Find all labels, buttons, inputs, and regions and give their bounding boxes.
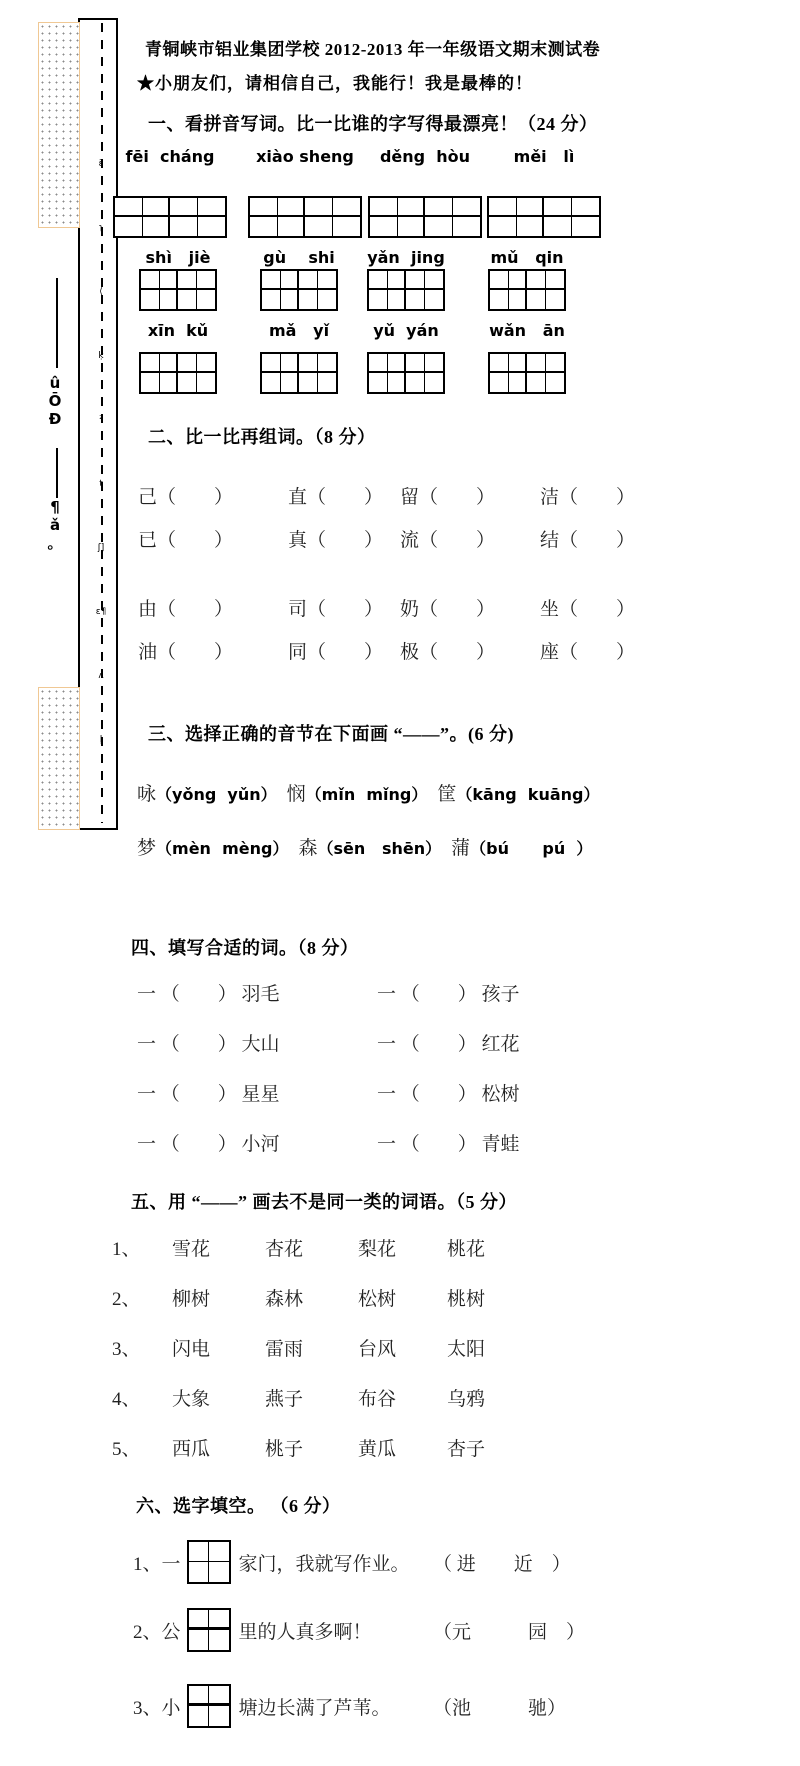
margin-glyphs-bottom: ¶ ǎ 。: [36, 498, 74, 552]
sentence-start: 公: [162, 1617, 181, 1644]
grid-cell: [490, 354, 509, 373]
grid-cell: [369, 271, 388, 290]
word: 桃子: [265, 1438, 358, 1462]
word-blank: 油（ ）: [138, 641, 288, 665]
grid-cell: [299, 373, 318, 392]
grid-cell: [178, 290, 197, 309]
word-blank: 结（ ）: [540, 529, 800, 553]
writing-grid: [488, 352, 566, 394]
sentence-end: 家门，我就写作业。: [239, 1549, 410, 1576]
grid-cell: [425, 217, 453, 236]
row-number: 2、: [112, 1288, 172, 1312]
grid-cell: [544, 198, 572, 217]
grid-cell: [489, 217, 517, 236]
writing-grid: [260, 352, 338, 394]
grid-cell: [198, 217, 226, 236]
pinyin-group: mǔ qin: [488, 247, 566, 269]
grid-cell: [370, 217, 398, 236]
seal-line-marks: ɛ̃ ʅ ⟨ ḳ ² ṭ ʃ] ɛ¶ ʌ ḷ: [92, 132, 110, 772]
grid-cell: [143, 198, 171, 217]
grid-cell: [189, 1630, 209, 1650]
binding-strip-bottom: [38, 687, 80, 830]
choice-options: （元 园 ）: [433, 1617, 585, 1644]
row-number: 3、: [112, 1338, 172, 1362]
writing-grid-row-3: [113, 352, 605, 394]
grid-cell: [546, 373, 565, 392]
measure-word-blank: 一 （ ） 红花: [377, 1032, 800, 1058]
grid-cell: [278, 217, 306, 236]
grid-cell: [209, 1542, 229, 1562]
pinyin-group: gù shi: [260, 247, 338, 269]
word-blank: 流（ ）: [400, 529, 540, 553]
measure-word-blank: 一 （ ） 松树: [377, 1082, 800, 1108]
grid-cell: [318, 290, 337, 309]
grid-cell: [527, 271, 546, 290]
grid-cell: [262, 373, 281, 392]
margin-rule-top: [56, 278, 58, 368]
measure-word-row: 一 （ ） 星星 一 （ ） 松树: [137, 1082, 800, 1108]
section-5-heading: 五、用 “——” 画去不是同一类的词语。（5 分）: [131, 1190, 800, 1214]
word-blank: 洁（ ）: [540, 486, 800, 510]
grid-cell: [141, 373, 160, 392]
grid-cell: [305, 198, 333, 217]
grid-cell: [318, 354, 337, 373]
character-box: [187, 1540, 231, 1584]
grid-cell: [333, 217, 361, 236]
grid-cell: [250, 217, 278, 236]
fill-character-item: 1、 一 家门，我就写作业。 （ 进 近 ）: [133, 1540, 800, 1584]
grid-cell: [425, 198, 453, 217]
grid-cell: [160, 271, 179, 290]
grid-cell: [546, 290, 565, 309]
fill-character-item: 3、 小 塘边长满了芦苇。 （池 驰）: [133, 1684, 800, 1728]
grid-cell: [115, 198, 143, 217]
exam-paper-page: û Ō Đ ¶ ǎ 。 ɛ̃ ʅ ⟨ ḳ ² ṭ ʃ] ɛ¶ ʌ ḷ 青铜峡市铝…: [0, 0, 800, 1766]
item-number: 2、: [133, 1617, 162, 1644]
grid-cell: [527, 290, 546, 309]
grid-cell: [160, 373, 179, 392]
word: 大象: [172, 1388, 265, 1412]
grid-cell: [178, 354, 197, 373]
grid-cell: [388, 290, 407, 309]
grid-cell: [160, 354, 179, 373]
pinyin-group: yǔ yán: [367, 320, 445, 342]
grid-cell: [406, 354, 425, 373]
compare-words-row: 油（ ） 同（ ） 极（ ） 座（ ）: [138, 641, 800, 665]
writing-grid: [248, 196, 362, 238]
word: 太阳: [447, 1338, 800, 1362]
word-blank: 直（ ）: [288, 486, 400, 510]
grid-cell: [198, 198, 226, 217]
item-number: 3、: [133, 1693, 162, 1720]
grid-cell: [406, 271, 425, 290]
grid-cell: [333, 198, 361, 217]
grid-cell: [388, 271, 407, 290]
sentence-end: 里的人真多啊！: [239, 1617, 372, 1644]
margin-glyphs-top: û Ō Đ: [36, 374, 74, 428]
word: 雷雨: [265, 1338, 358, 1362]
grid-cell: [178, 373, 197, 392]
grid-cell: [299, 290, 318, 309]
grid-cell: [305, 217, 333, 236]
syllable-choice-line: 咏（yǒng yǔn） 悯（mǐn mǐng） 筐（kāng kuāng）: [137, 782, 800, 808]
word: 雪花: [172, 1238, 265, 1262]
grid-cell: [509, 373, 528, 392]
grid-cell: [189, 1686, 209, 1706]
word: 柳树: [172, 1288, 265, 1312]
section-1-heading: 一、看拼音写词。比一比谁的字写得最漂亮！（24 分）: [148, 112, 800, 136]
syllable-choice: 蒲（bú pú ）: [451, 836, 592, 862]
grid-cell: [527, 373, 546, 392]
grid-cell: [369, 290, 388, 309]
word: 杏花: [265, 1238, 358, 1262]
word-blank: 已（ ）: [138, 529, 288, 553]
grid-cell: [318, 271, 337, 290]
writing-grid: [487, 196, 601, 238]
compare-words-row: 已（ ） 真（ ） 流（ ） 结（ ）: [138, 529, 800, 553]
grid-cell: [262, 290, 281, 309]
grid-cell: [197, 271, 216, 290]
grid-cell: [209, 1706, 229, 1726]
grid-cell: [546, 354, 565, 373]
grid-cell: [509, 290, 528, 309]
grid-cell: [170, 198, 198, 217]
fill-character-item: 2、 公 里的人真多啊！ （元 园 ）: [133, 1608, 800, 1652]
grid-cell: [544, 217, 572, 236]
grid-cell: [299, 354, 318, 373]
writing-grid: [113, 196, 227, 238]
choice-options: （ 进 近 ）: [433, 1549, 571, 1576]
word-blank: 司（ ）: [288, 598, 400, 622]
grid-cell: [388, 354, 407, 373]
grid-cell: [517, 198, 545, 217]
grid-cell: [425, 290, 444, 309]
grid-cell: [170, 217, 198, 236]
word-blank: 奶（ ）: [400, 598, 540, 622]
word: 燕子: [265, 1388, 358, 1412]
grid-cell: [209, 1686, 229, 1706]
choice-options: （池 驰）: [433, 1693, 566, 1720]
grid-cell: [572, 198, 600, 217]
grid-cell: [369, 373, 388, 392]
measure-word-blank: 一 （ ） 羽毛: [137, 982, 377, 1008]
odd-one-out-row: 2、 柳树 森林 松树 桃树: [112, 1288, 800, 1312]
word: 黄瓜: [358, 1438, 447, 1462]
grid-cell: [281, 271, 300, 290]
grid-cell: [115, 217, 143, 236]
pinyin-group: mǎ yǐ: [260, 320, 338, 342]
grid-cell: [509, 271, 528, 290]
motto-line: ★小朋友们，请相信自己，我能行！我是最棒的！: [137, 72, 800, 96]
grid-cell: [262, 354, 281, 373]
section-2-heading: 二、比一比再组词。（8 分）: [148, 425, 800, 449]
syllable-choice: 悯（mǐn mǐng）: [287, 782, 428, 808]
margin-rule-bottom: [56, 448, 58, 498]
measure-word-row: 一 （ ） 大山 一 （ ） 红花: [137, 1032, 800, 1058]
grid-cell: [318, 373, 337, 392]
grid-cell: [189, 1562, 209, 1582]
grid-cell: [370, 198, 398, 217]
pinyin-group: yǎn jing: [367, 247, 445, 269]
grid-cell: [453, 217, 481, 236]
odd-one-out-row: 5、 西瓜 桃子 黄瓜 杏子: [112, 1438, 800, 1462]
pinyin-group: děng hòu: [368, 146, 482, 168]
sentence-end: 塘边长满了芦苇。: [239, 1693, 391, 1720]
grid-cell: [299, 271, 318, 290]
word-blank: 同（ ）: [288, 641, 400, 665]
syllable-choice: 咏（yǒng yǔn）: [137, 782, 277, 808]
measure-word-blank: 一 （ ） 青蛙: [377, 1132, 800, 1158]
grid-cell: [546, 271, 565, 290]
pinyin-group: wǎn ān: [488, 320, 566, 342]
pinyin-row-1: fēi cháng xiào sheng děng hòu měi lì: [113, 146, 605, 168]
grid-cell: [281, 290, 300, 309]
grid-cell: [262, 271, 281, 290]
pinyin-group: fēi cháng: [113, 146, 227, 168]
odd-one-out-row: 3、 闪电 雷雨 台风 太阳: [112, 1338, 800, 1362]
paper-content: 青铜峡市铝业集团学校 2012-2013 年一年级语文期末测试卷 ★小朋友们，请…: [118, 0, 800, 1728]
grid-cell: [278, 198, 306, 217]
grid-cell: [197, 354, 216, 373]
word-blank: 真（ ）: [288, 529, 400, 553]
grid-cell: [406, 290, 425, 309]
grid-cell: [141, 290, 160, 309]
sentence-start: 一: [162, 1549, 181, 1576]
measure-word-blank: 一 （ ） 星星: [137, 1082, 377, 1108]
character-box: [187, 1684, 231, 1728]
grid-cell: [189, 1706, 209, 1726]
paper-title: 青铜峡市铝业集团学校 2012-2013 年一年级语文期末测试卷: [145, 38, 800, 62]
word: 西瓜: [172, 1438, 265, 1462]
word: 台风: [358, 1338, 447, 1362]
pinyin-group: xīn kǔ: [139, 320, 217, 342]
writing-grid: [139, 269, 217, 311]
grid-cell: [369, 354, 388, 373]
word: 松树: [358, 1288, 447, 1312]
writing-grid: [367, 352, 445, 394]
word-blank: 由（ ）: [138, 598, 288, 622]
word: 桃花: [447, 1238, 800, 1262]
writing-grid: [139, 352, 217, 394]
section-6-heading: 六、选字填空。 （6 分）: [136, 1494, 800, 1518]
grid-cell: [250, 198, 278, 217]
grid-cell: [490, 271, 509, 290]
grid-cell: [143, 217, 171, 236]
measure-word-blank: 一 （ ） 小河: [137, 1132, 377, 1158]
word: 桃树: [447, 1288, 800, 1312]
grid-cell: [141, 271, 160, 290]
sentence-start: 小: [162, 1693, 181, 1720]
syllable-choice-line: 梦（mèn mèng） 森（sēn shēn） 蒲（bú pú ）: [137, 836, 800, 862]
syllable-choice: 筐（kāng kuāng）: [437, 782, 599, 808]
writing-grid-row-2: [113, 269, 605, 311]
grid-cell: [490, 373, 509, 392]
grid-cell: [425, 354, 444, 373]
grid-cell: [141, 354, 160, 373]
writing-grid: [367, 269, 445, 311]
pinyin-group: xiào sheng: [248, 146, 362, 168]
row-number: 1、: [112, 1238, 172, 1262]
measure-word-blank: 一 （ ） 大山: [137, 1032, 377, 1058]
word: 乌鸦: [447, 1388, 800, 1412]
grid-cell: [453, 198, 481, 217]
compare-words-row: 己（ ） 直（ ） 留（ ） 洁（ ）: [138, 486, 800, 510]
writing-grid: [368, 196, 482, 238]
grid-cell: [178, 271, 197, 290]
word-blank: 留（ ）: [400, 486, 540, 510]
row-number: 4、: [112, 1388, 172, 1412]
pinyin-row-2: shì jiè gù shi yǎn jing mǔ qin: [113, 247, 605, 269]
word-blank: 己（ ）: [138, 486, 288, 510]
word: 布谷: [358, 1388, 447, 1412]
character-box: [187, 1608, 231, 1652]
grid-cell: [490, 290, 509, 309]
grid-cell: [425, 373, 444, 392]
word: 闪电: [172, 1338, 265, 1362]
grid-cell: [209, 1610, 229, 1630]
word: 梨花: [358, 1238, 447, 1262]
odd-one-out-row: 1、 雪花 杏花 梨花 桃花: [112, 1238, 800, 1262]
grid-cell: [489, 198, 517, 217]
grid-cell: [281, 354, 300, 373]
grid-cell: [572, 217, 600, 236]
word: 森林: [265, 1288, 358, 1312]
grid-cell: [527, 354, 546, 373]
grid-cell: [189, 1610, 209, 1630]
compare-words-row: 由（ ） 司（ ） 奶（ ） 坐（ ）: [138, 598, 800, 622]
writing-grid: [260, 269, 338, 311]
measure-word-row: 一 （ ） 小河 一 （ ） 青蛙: [137, 1132, 800, 1158]
grid-cell: [517, 217, 545, 236]
word: 杏子: [447, 1438, 800, 1462]
word-blank: 极（ ）: [400, 641, 540, 665]
pinyin-group: měi lì: [487, 146, 601, 168]
seal-line-box: ɛ̃ ʅ ⟨ ḳ ² ṭ ʃ] ɛ¶ ʌ ḷ: [78, 18, 118, 830]
row-number: 5、: [112, 1438, 172, 1462]
section-3-heading: 三、选择正确的音节在下面画 “——”。(6 分): [148, 722, 800, 746]
writing-grid-row-1: [113, 196, 605, 238]
word-blank: 座（ ）: [540, 641, 800, 665]
grid-cell: [388, 373, 407, 392]
section-4-heading: 四、填写合适的词。（8 分）: [131, 936, 800, 960]
word-blank: 坐（ ）: [540, 598, 800, 622]
grid-cell: [197, 373, 216, 392]
writing-grid: [488, 269, 566, 311]
grid-cell: [160, 290, 179, 309]
grid-cell: [398, 198, 426, 217]
grid-cell: [425, 271, 444, 290]
syllable-choice: 梦（mèn mèng）: [137, 836, 288, 862]
measure-word-row: 一 （ ） 羽毛 一 （ ） 孩子: [137, 982, 800, 1008]
grid-cell: [209, 1562, 229, 1582]
grid-cell: [197, 290, 216, 309]
grid-cell: [209, 1630, 229, 1650]
odd-one-out-row: 4、 大象 燕子 布谷 乌鸦: [112, 1388, 800, 1412]
grid-cell: [406, 373, 425, 392]
pinyin-group: shì jiè: [139, 247, 217, 269]
grid-cell: [189, 1542, 209, 1562]
binding-strip-top: [38, 22, 80, 228]
grid-cell: [281, 373, 300, 392]
item-number: 1、: [133, 1549, 162, 1576]
pinyin-row-3: xīn kǔ mǎ yǐ yǔ yán wǎn ān: [113, 320, 605, 342]
measure-word-blank: 一 （ ） 孩子: [377, 982, 800, 1008]
grid-cell: [398, 217, 426, 236]
grid-cell: [509, 354, 528, 373]
syllable-choice: 森（sēn shēn）: [298, 836, 441, 862]
